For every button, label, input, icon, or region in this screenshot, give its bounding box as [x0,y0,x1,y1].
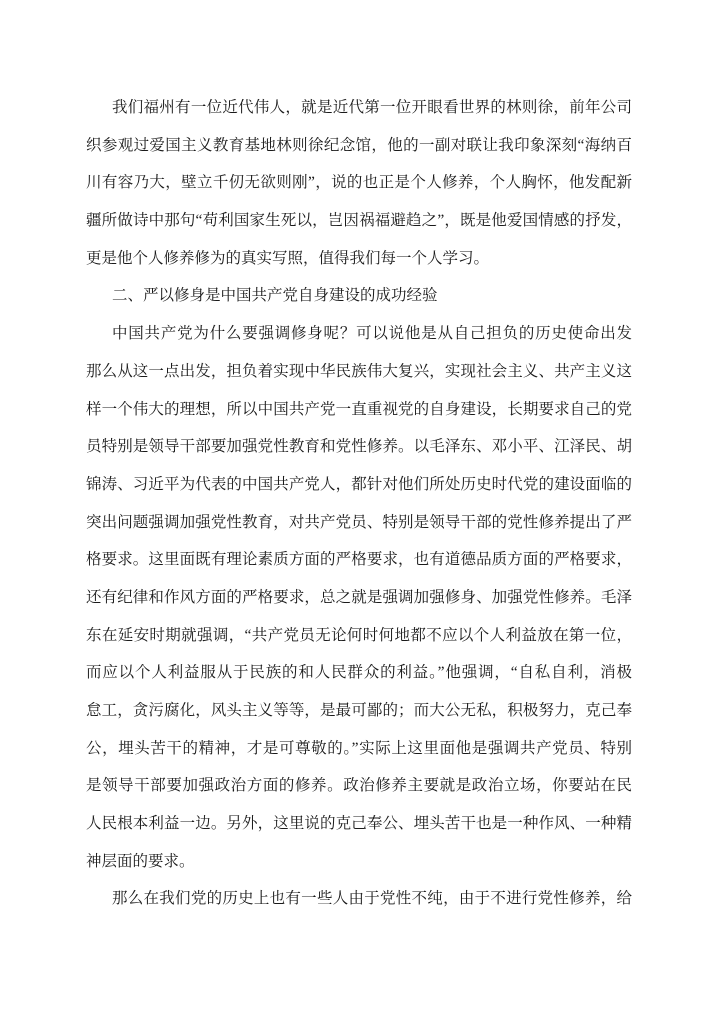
text-line: 样一个伟大的理想，所以中国共产党一直重视党的自身建设，长期要求自己的党 [86,391,632,429]
text-line: 怠工，贪污腐化，风头主义等等，是最可鄙的；而大公无私，积极努力，克己奉 [86,692,632,730]
text-line: 突出问题强调加强党性教育，对共产党员、特别是领导干部的党性修养提出了严 [86,504,632,542]
text-line: 织参观过爱国主义教育基地林则徐纪念馆，他的一副对联让我印象深刻“海纳百 [86,127,632,165]
text-line: 是领导干部要加强政治方面的修养。政治修养主要就是政治立场，你要站在民族、 [86,767,632,805]
text-line: 中国共产党为什么要强调修身呢？可以说他是从自己担负的历史使命出发的。 [86,315,632,353]
text-line: 锦涛、习近平为代表的中国共产党人，都针对他们所处历史时代党的建设面临的 [86,466,632,504]
text-line: 格要求。这里面既有理论素质方面的严格要求，也有道德品质方面的严格要求， [86,541,632,579]
text-line: 人民根本利益一边。另外，这里说的克己奉公、埋头苦干也是一种作风、一种精 [86,805,632,843]
text-line: 那么在我们党的历史上也有一些人由于党性不纯，由于不进行党性修养，给中 [86,880,632,918]
document-text: 我们福州有一位近代伟人，就是近代第一位开眼看世界的林则徐，前年公司组织参观过爱国… [86,89,632,918]
text-line: 我们福州有一位近代伟人，就是近代第一位开眼看世界的林则徐，前年公司组 [86,89,632,127]
text-line: 公，埋头苦干的精神，才是可尊敬的。”实际上这里面他是强调共产党员、特别 [86,730,632,768]
text-line: 更是他个人修养修为的真实写照，值得我们每一个人学习。 [86,240,632,278]
text-line: 员特别是领导干部要加强党性教育和党性修养。以毛泽东、邓小平、江泽民、胡 [86,428,632,466]
text-line: 而应以个人利益服从于民族的和人民群众的利益。”他强调，“自私自利，消极 [86,654,632,692]
text-line: 神层面的要求。 [86,843,632,881]
text-line: 还有纪律和作风方面的严格要求，总之就是强调加强修身、加强党性修养。毛泽 [86,579,632,617]
text-line: 东在延安时期就强调，“共产党员无论何时何地都不应以个人利益放在第一位， [86,617,632,655]
text-line: 那么从这一点出发，担负着实现中华民族伟大复兴，实现社会主义、共产主义这 [86,353,632,391]
text-line: 疆所做诗中那句“苟利国家生死以，岂因祸福避趋之”，既是他爱国情感的抒发， [86,202,632,240]
text-line: 二、严以修身是中国共产党自身建设的成功经验 [86,277,632,315]
document-page: 我们福州有一位近代伟人，就是近代第一位开眼看世界的林则徐，前年公司组织参观过爱国… [0,0,721,1020]
text-line: 川有容乃大，壁立千仞无欲则刚”，说的也正是个人修养，个人胸怀，他发配新 [86,164,632,202]
